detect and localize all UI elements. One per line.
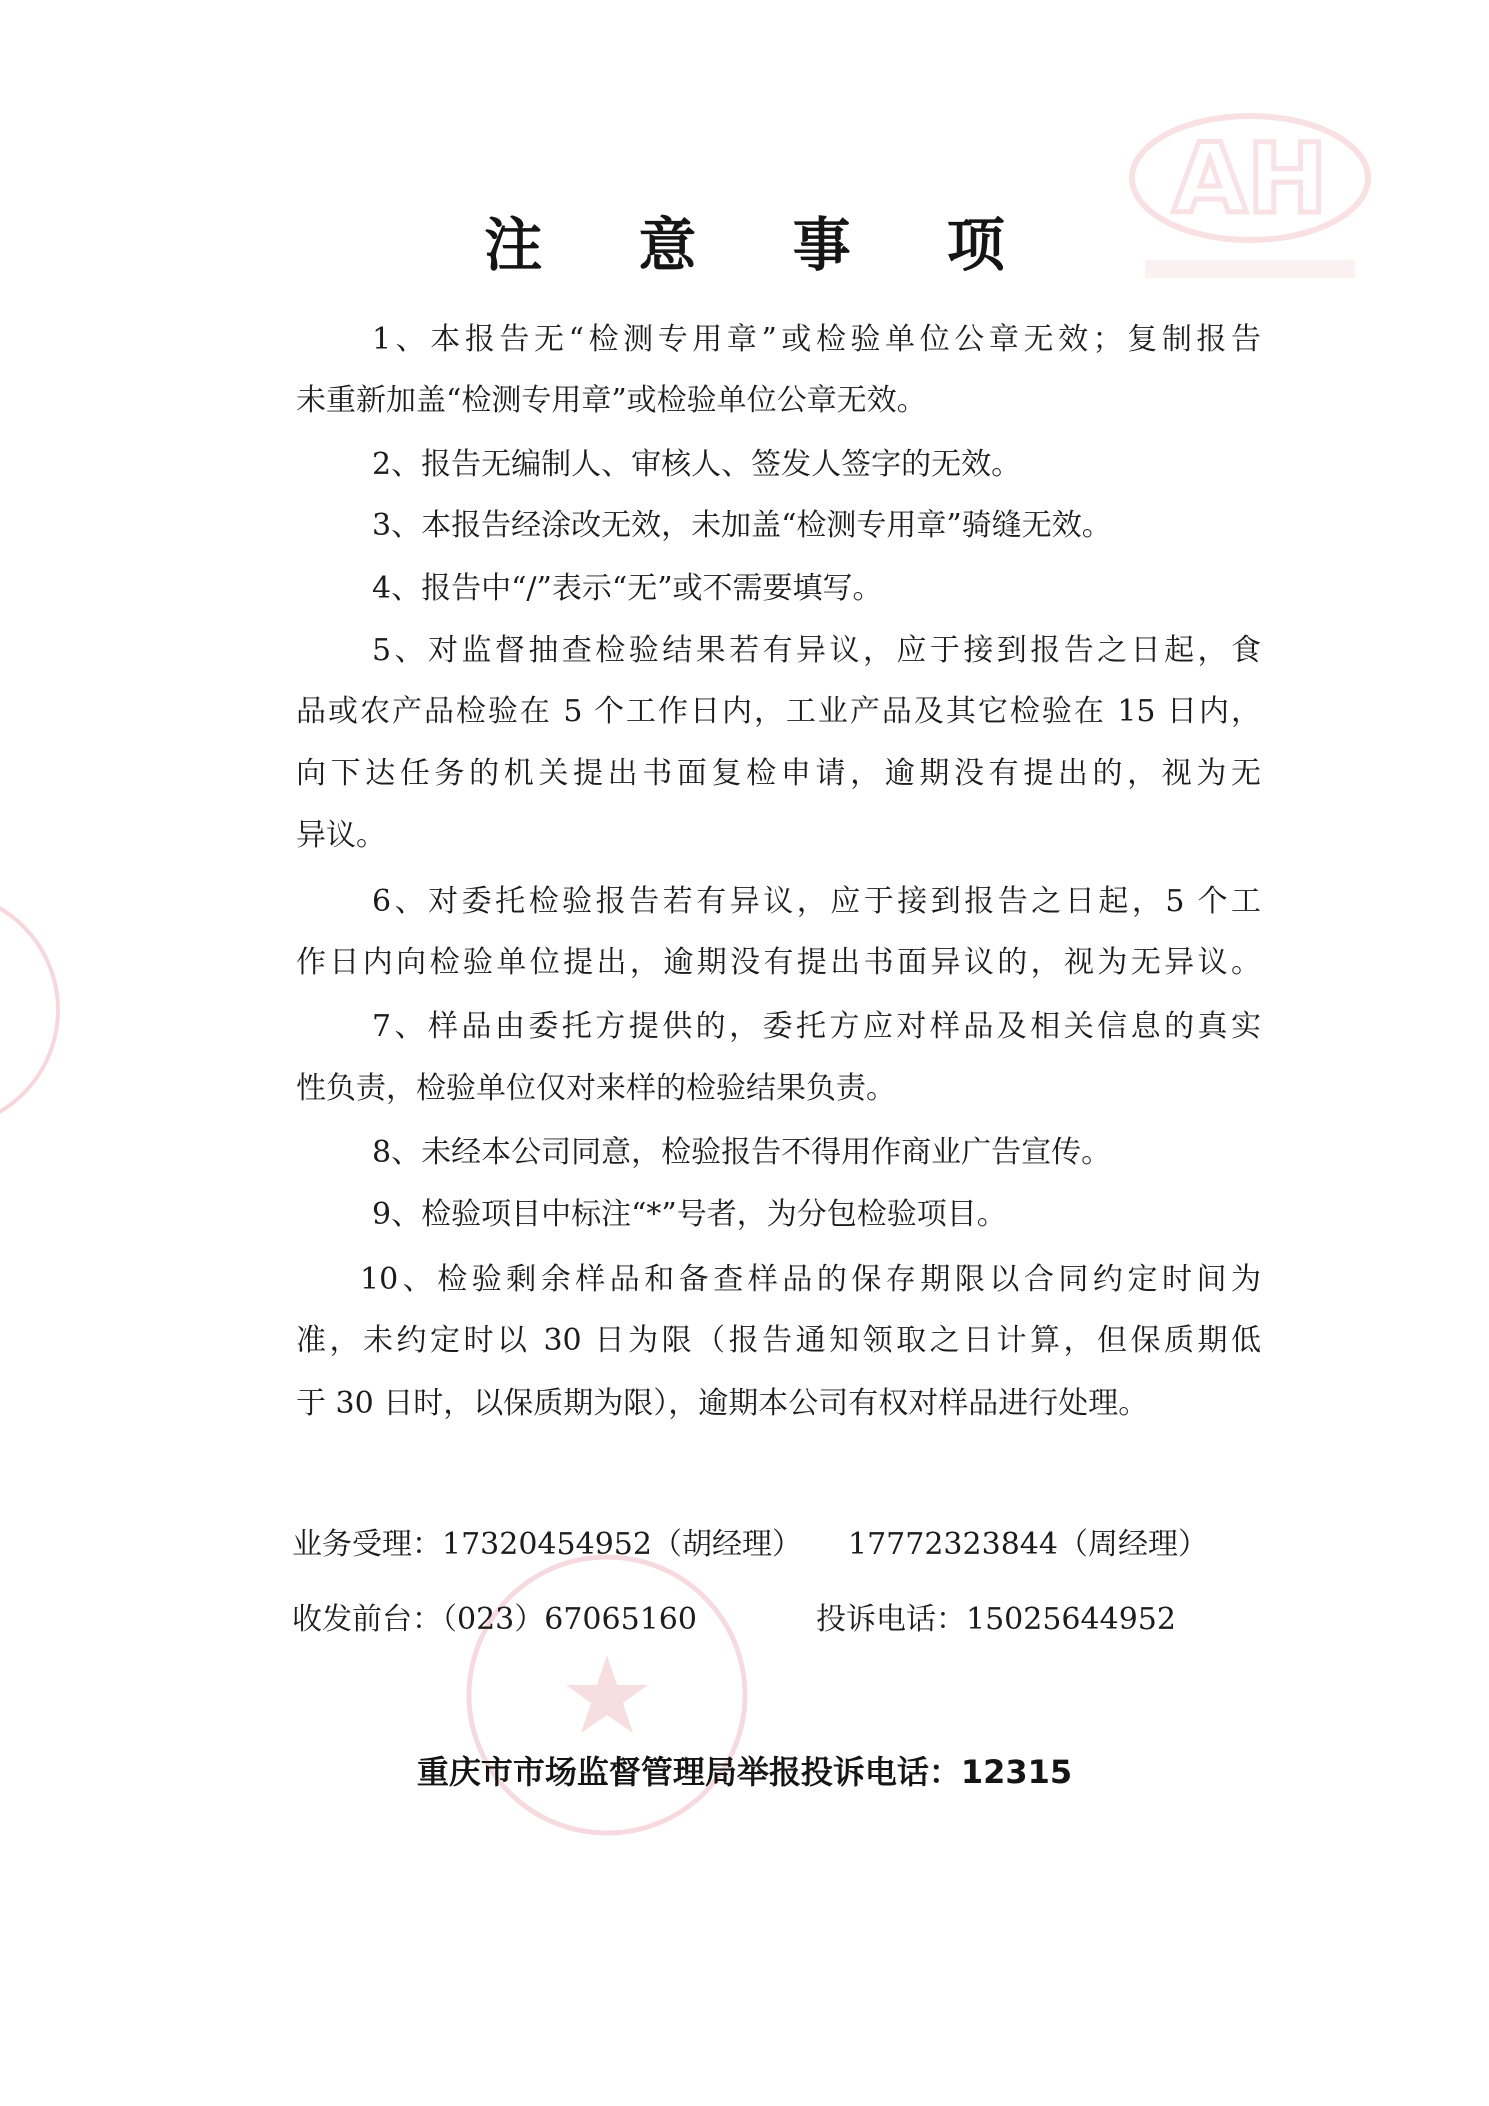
business-name-2: （周经理） [1058, 1527, 1208, 1562]
notice-item-7-line-2: 性负责，检验单位仅对来样的检验结果负责。 [296, 1069, 1261, 1109]
business-name-1: （胡经理） [652, 1527, 802, 1562]
notice-item-4: 4、报告中“/”表示“无”或不需要填写。 [372, 569, 1261, 609]
regulator-hotline: 重庆市市场监督管理局举报投诉电话：12315 [0, 1750, 1489, 1794]
notice-item-5-line-4: 异议。 [296, 816, 1261, 856]
notice-item-5-line-3: 向下达任务的机关提出书面复检申请，逾期没有提出的，视为无 [296, 754, 1261, 794]
star-icon [566, 1655, 648, 1733]
notice-item-1-line-1: 1、本报告无“检测专用章”或检验单位公章无效；复制报告 [372, 320, 1261, 360]
business-contact-line: 业务受理：17320454952（胡经理） [292, 1525, 802, 1565]
notice-item-1-line-2: 未重新加盖“检测专用章”或检验单位公章无效。 [296, 381, 1261, 421]
notice-item-10-line-1: 10、检验剩余样品和备查样品的保存期限以合同约定时间为 [360, 1260, 1261, 1300]
reception-label: 收发前台： [292, 1602, 442, 1637]
notice-item-7-line-1: 7、样品由委托方提供的，委托方应对样品及相关信息的真实 [372, 1007, 1261, 1047]
complaint-phone: 15025644952 [966, 1602, 1176, 1637]
notice-item-5-line-1: 5、对监督抽查检验结果若有异议，应于接到报告之日起，食 [372, 631, 1261, 671]
reception-contact-line: 收发前台：（023）67065160 [292, 1600, 697, 1640]
notice-item-2: 2、报告无编制人、审核人、签发人签字的无效。 [372, 445, 1261, 485]
business-contact-2: 17772323844（周经理） [848, 1525, 1208, 1565]
round-seal [462, 1550, 752, 1840]
notice-item-10-line-3: 于 30 日时，以保质期为限），逾期本公司有权对样品进行处理。 [296, 1384, 1261, 1424]
notice-item-10-line-2: 准，未约定时以 30 日为限（报告通知领取之日计算，但保质期低 [296, 1321, 1261, 1361]
document-page: AH 注 意 事 项 1、本报告无“检测专用章”或检验单位公章无效；复制报告 未… [0, 0, 1489, 2106]
page-title: 注 意 事 项 [0, 205, 1489, 285]
notice-item-6-line-1: 6、对委托检验报告若有异议，应于接到报告之日起，5 个工 [372, 882, 1261, 922]
notice-item-6-line-2: 作日内向检验单位提出，逾期没有提出书面异议的，视为无异议。 [296, 943, 1261, 983]
complaint-label: 投诉电话： [816, 1602, 966, 1637]
business-phone-2: 17772323844 [848, 1527, 1058, 1562]
reception-phone: （023）67065160 [442, 1602, 697, 1637]
left-edge-seal [0, 880, 80, 1140]
notice-item-8: 8、未经本公司同意，检验报告不得用作商业广告宣传。 [372, 1133, 1261, 1173]
notice-item-9: 9、检验项目中标注“*”号者，为分包检验项目。 [372, 1195, 1261, 1235]
business-phone-1: 17320454952 [442, 1527, 652, 1562]
business-label: 业务受理： [292, 1527, 442, 1562]
notice-item-5-line-2: 品或农产品检验在 5 个工作日内，工业产品及其它检验在 15 日内， [296, 692, 1261, 732]
complaint-contact-line: 投诉电话：15025644952 [816, 1600, 1176, 1640]
notice-item-3: 3、本报告经涂改无效，未加盖“检测专用章”骑缝无效。 [372, 506, 1261, 546]
